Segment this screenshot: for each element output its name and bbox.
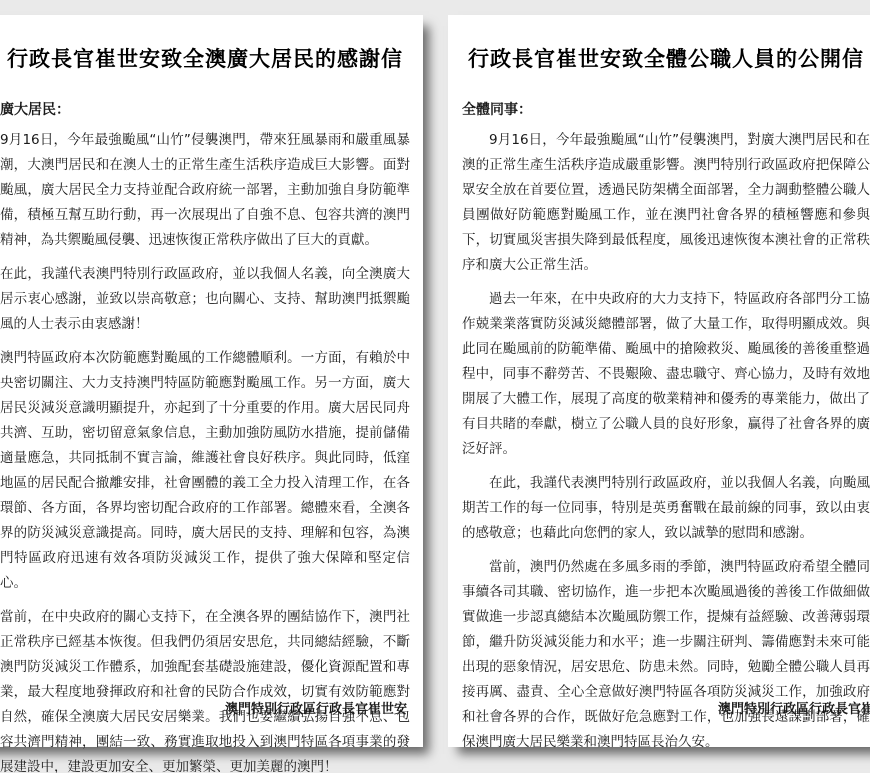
letter-paragraph: 9月16日，今年最強颱風“山竹”侵襲澳門，帶來狂風暴雨和嚴重風暴潮，大澳門居民和…	[0, 128, 410, 253]
letter-paragraph: 9月16日，今年最強颱風“山竹”侵襲澳門，對廣大澳門居民和在澳的正常生產生活秩序…	[462, 128, 870, 278]
letter-salutation: 廣大居民：	[0, 99, 410, 119]
letter-title: 行政長官崔世安致全體公職人員的公開信	[462, 43, 870, 73]
letter-page-open-letter: 行政長官崔世安致全體公職人員的公開信 全體同事： 9月16日，今年最強颱風“山竹…	[448, 15, 870, 747]
document-viewer-canvas: 行政長官崔世安致全澳廣大居民的感謝信 廣大居民： 9月16日，今年最強颱風“山竹…	[0, 0, 870, 773]
letter-paragraph: 澳門特區政府本次防範應對颱風的工作總體順利。一方面，有賴於中央密切關注、大力支持…	[0, 346, 410, 596]
letter-title: 行政長官崔世安致全澳廣大居民的感謝信	[0, 43, 410, 73]
letter-signature: 澳門特別行政區行政長官崔世安	[225, 698, 407, 717]
letter-paragraph: 過去一年來，在中央政府的大力支持下，特區政府各部門分工協作兢業業落實防災減災總體…	[462, 287, 870, 462]
letter-paragraph: 當前，澳門仍然處在多風多雨的季節，澳門特區政府希望全體同事續各司其職、密切協作，…	[462, 555, 870, 755]
letter-paragraph: 在此，我謹代表澳門特別行政區政府，並以我個人名義，向颱風期苦工作的每一位同事，特…	[462, 471, 870, 546]
letter-salutation: 全體同事：	[462, 99, 870, 119]
letter-paragraph: 在此，我謹代表澳門特別行政區政府，並以我個人名義，向全澳廣大居示衷心感謝，並致以…	[0, 262, 410, 337]
letter-signature: 澳門特別行政區行政長官崔世安	[718, 698, 870, 717]
letter-paragraph: 當前，在中央政府的關心支持下，在全澳各界的團結協作下，澳門社正常秩序已經基本恢復…	[0, 605, 410, 773]
letter-page-thank-you: 行政長官崔世安致全澳廣大居民的感謝信 廣大居民： 9月16日，今年最強颱風“山竹…	[0, 15, 423, 747]
